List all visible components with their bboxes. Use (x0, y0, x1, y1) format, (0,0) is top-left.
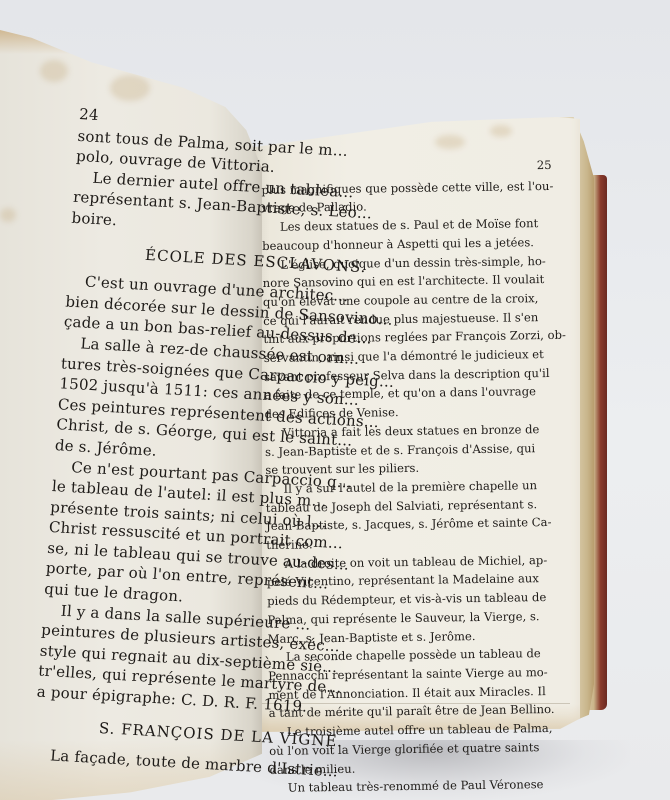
foxing-spot (110, 75, 150, 101)
page-number-right: 25 (261, 156, 564, 179)
right-page-text: 25 plus magnifiques que possède cette vi… (261, 156, 572, 798)
foxing-spot (435, 135, 465, 149)
foxing-spot (40, 60, 68, 82)
left-page-top-foxing (0, 30, 262, 54)
foxing-spot (490, 125, 512, 137)
foxing-spot (0, 208, 16, 222)
